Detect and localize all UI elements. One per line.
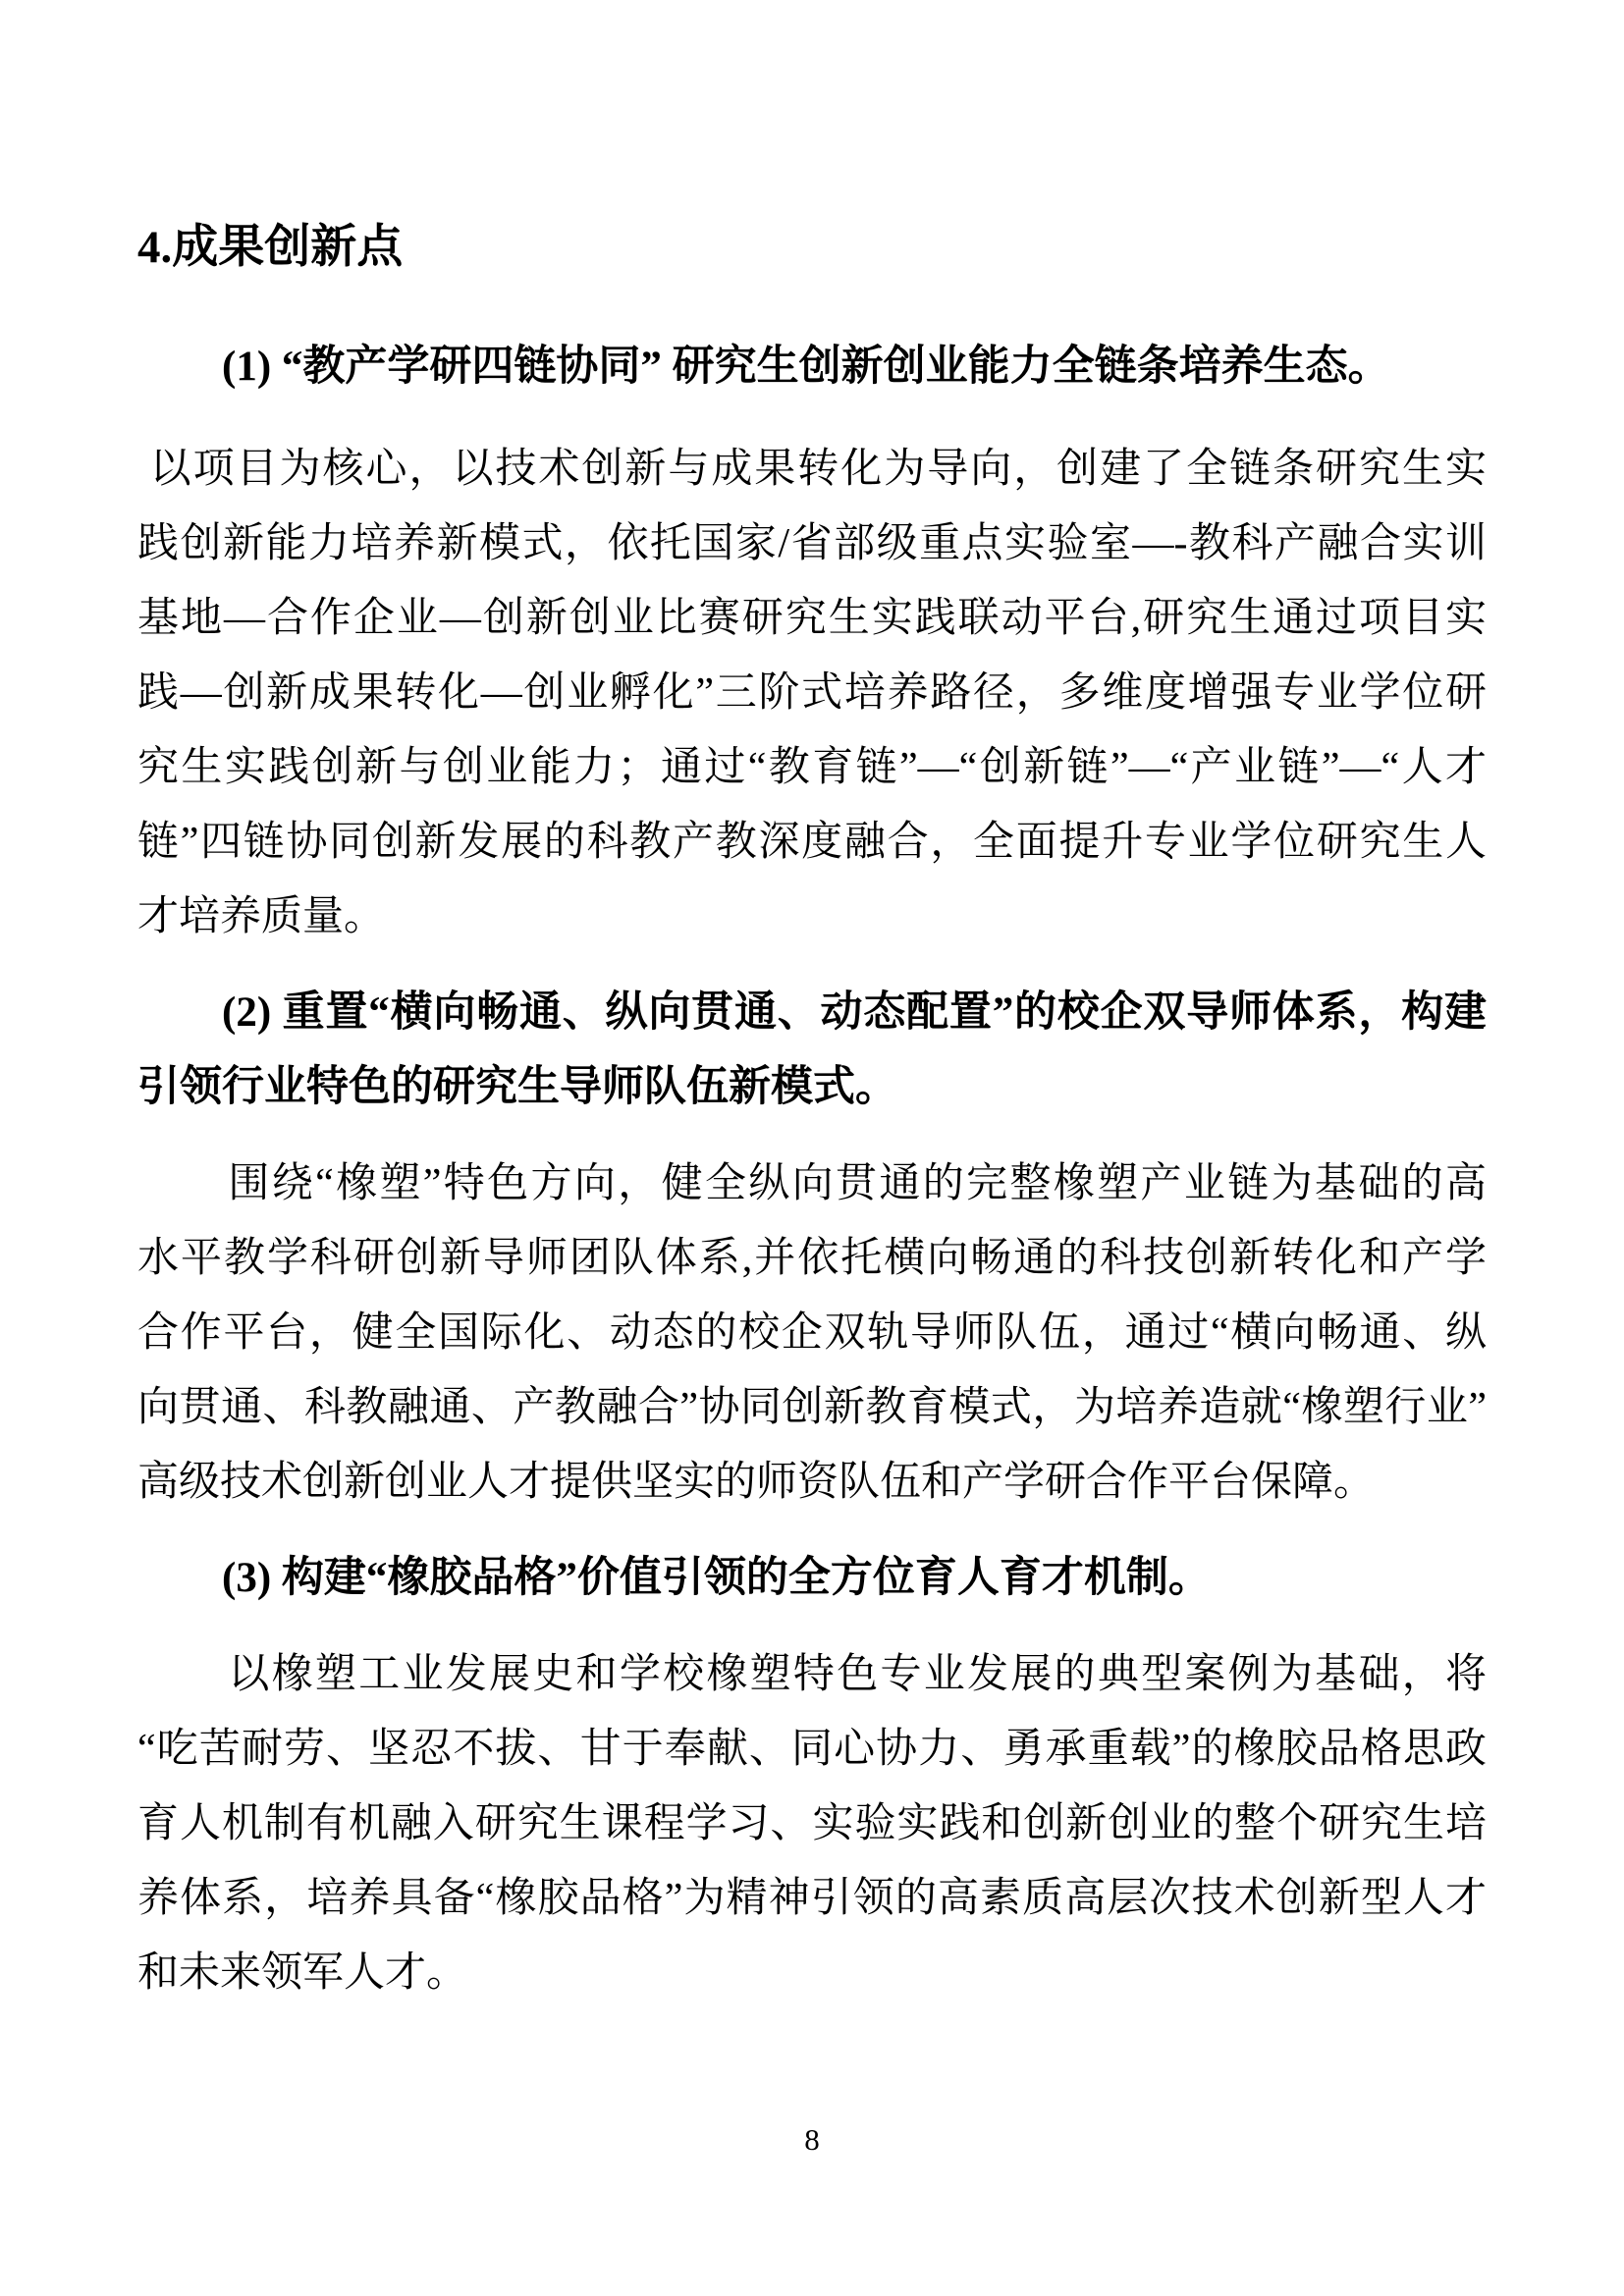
text-line: 水平教学科研创新导师团队体系,并依托横向畅通的科技创新转化和产学 — [137, 1221, 1487, 1296]
paragraph-2: 围绕“橡塑”特色方向，健全纵向贯通的完整橡塑产业链为基础的高 水平教学科研创新导… — [137, 1147, 1487, 1520]
text-line: 和未来领军人才。 — [137, 1936, 1487, 2010]
text-line: 究生实践创新与创业能力；通过“教育链”—“创新链”—“产业链”—“人才 — [137, 730, 1487, 805]
text-line: (2) 重置“横向畅通、纵向贯通、动态配置”的校企双导师体系，构建 — [137, 976, 1487, 1050]
paragraph-1: 以项目为核心，以技术创新与成果转化为导向，创建了全链条研究生实 践创新能力培养新… — [137, 432, 1487, 954]
page-number: 8 — [0, 2120, 1624, 2160]
text-line: 以项目为核心，以技术创新与成果转化为导向，创建了全链条研究生实 — [137, 432, 1487, 507]
text-line: “吃苦耐劳、坚忍不拔、甘于奉献、同心协力、勇承重载”的橡胶品格思政 — [137, 1712, 1487, 1787]
document-page: 4.成果创新点 (1) “教产学研四链协同” 研究生创新创业能力全链条培养生态。… — [0, 0, 1624, 2296]
page-title: 4.成果创新点 — [137, 218, 1487, 277]
subsection-3-heading: (3) 构建“橡胶品格”价值引领的全方位育人育才机制。 — [137, 1541, 1487, 1616]
subsection-1-heading: (1) “教产学研四链协同” 研究生创新创业能力全链条培养生态。 — [137, 330, 1487, 404]
text-line: 践—创新成果转化—创业孵化”三阶式培养路径，多维度增强专业学位研 — [137, 656, 1487, 730]
text-line: 践创新能力培养新模式，依托国家/省部级重点实验室—-教科产融合实训 — [137, 507, 1487, 581]
text-line: 养体系，培养具备“橡胶品格”为精神引领的高素质高层次技术创新型人才 — [137, 1861, 1487, 1936]
text-line: 引领行业特色的研究生导师队伍新模式。 — [137, 1050, 1487, 1125]
text-line: 链”四链协同创新发展的科教产教深度融合，全面提升专业学位研究生人 — [137, 805, 1487, 880]
text-line: 围绕“橡塑”特色方向，健全纵向贯通的完整橡塑产业链为基础的高 — [137, 1147, 1487, 1221]
text-line: 育人机制有机融入研究生课程学习、实验实践和创新创业的整个研究生培 — [137, 1787, 1487, 1861]
text-line: 基地—合作企业—创新创业比赛研究生实践联动平台,研究生通过项目实 — [137, 581, 1487, 656]
paragraph-3: 以橡塑工业发展史和学校橡塑特色专业发展的典型案例为基础，将 “吃苦耐劳、坚忍不拔… — [137, 1637, 1487, 2010]
text-line: 合作平台，健全国际化、动态的校企双轨导师队伍，通过“横向畅通、纵 — [137, 1296, 1487, 1370]
subsection-2-heading: (2) 重置“横向畅通、纵向贯通、动态配置”的校企双导师体系，构建 引领行业特色… — [137, 976, 1487, 1125]
text-line: 向贯通、科教融通、产教融合”协同创新教育模式，为培养造就“橡塑行业” — [137, 1370, 1487, 1445]
text-line: 才培养质量。 — [137, 880, 1487, 954]
text-line: 以橡塑工业发展史和学校橡塑特色专业发展的典型案例为基础，将 — [137, 1637, 1487, 1712]
text-line: 高级技术创新创业人才提供坚实的师资队伍和产学研合作平台保障。 — [137, 1445, 1487, 1520]
